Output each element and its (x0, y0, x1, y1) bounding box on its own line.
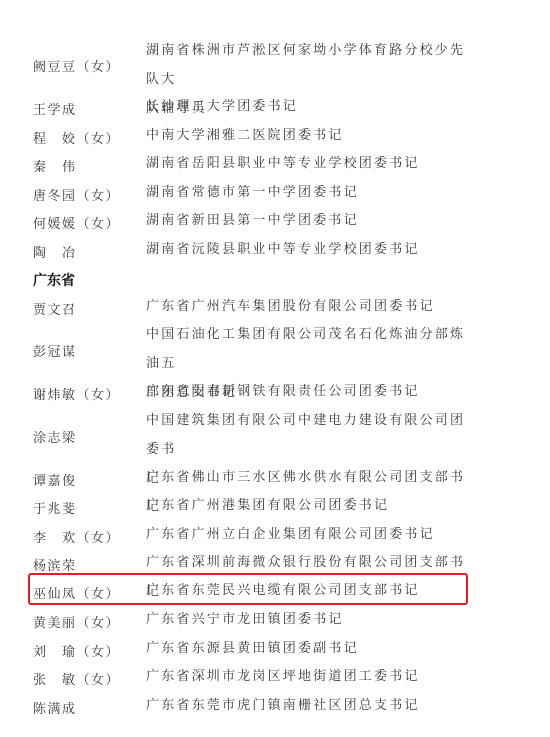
person-name: 贾文召 (33, 299, 77, 318)
person-duty: 广东省深圳市龙岗区坪地街道团工委书记 (146, 662, 476, 691)
person-duty: 湖南省岳阳县职业中等专业学校团委书记 (146, 149, 476, 178)
person-duty: 湖南省沅陵县职业中等专业学校团委书记 (146, 235, 476, 264)
highlight-box (28, 573, 468, 605)
person-duty: 长沙理工大学团委书记 (146, 92, 476, 121)
person-name: 陶 冶 (33, 242, 77, 261)
person-name: 秦 伟 (33, 156, 77, 175)
person-name: 黄美丽（女） (33, 612, 120, 631)
person-name: 王学成 (33, 99, 77, 118)
person-duty: 广东省东源县黄田镇团委副书记 (146, 634, 476, 663)
person-duty: 广东省兴宁市龙田镇团委书记 (146, 605, 476, 634)
person-name: 谭嘉俊 (33, 470, 77, 489)
person-duty: 广东省东莞市虎门镇南栅社区团总支书记 (146, 691, 476, 720)
person-name: 涂志梁 (33, 427, 77, 446)
person-duty: 广东省广州汽车集团股份有限公司团委书记 (146, 292, 476, 321)
person-name: 杨滨荣 (33, 555, 77, 574)
person-name: 谢炜敏（女） (33, 384, 120, 403)
person-duty: 湖南省常德市第一中学团委书记 (146, 178, 476, 207)
person-name: 刘 瑜（女） (33, 641, 120, 660)
person-name: 张 敏（女） (33, 669, 120, 688)
person-name: 程 姣（女） (33, 128, 120, 147)
person-duty: 湖南省新田县第一中学团委书记 (146, 206, 476, 235)
person-name: 李 欢（女） (33, 527, 120, 546)
person-name: 何媛媛（女） (33, 213, 120, 232)
person-name: 陈满成 (33, 698, 77, 717)
person-duty: 广东省阳春新钢铁有限责任公司团委书记 (146, 377, 476, 406)
list-item: 阙豆豆（女） 湖南省株洲市芦淞区何家坳小学体育路分校少先队大 队辅导员 (0, 36, 550, 94)
person-name: 彭冠谋 (33, 341, 77, 360)
section-heading-guangdong: 广东省 (33, 270, 75, 290)
person-duty: 中南大学湘雅二医院团委书记 (146, 121, 476, 150)
person-name: 唐冬园（女） (33, 185, 120, 204)
person-duty: 广东省广州立白企业集团有限公司团委书记 (146, 520, 476, 549)
person-name: 阙豆豆（女） (33, 56, 120, 75)
person-name: 于兆斐 (33, 498, 77, 517)
person-duty: 广东省广州港集团有限公司团委书记 (146, 491, 476, 520)
